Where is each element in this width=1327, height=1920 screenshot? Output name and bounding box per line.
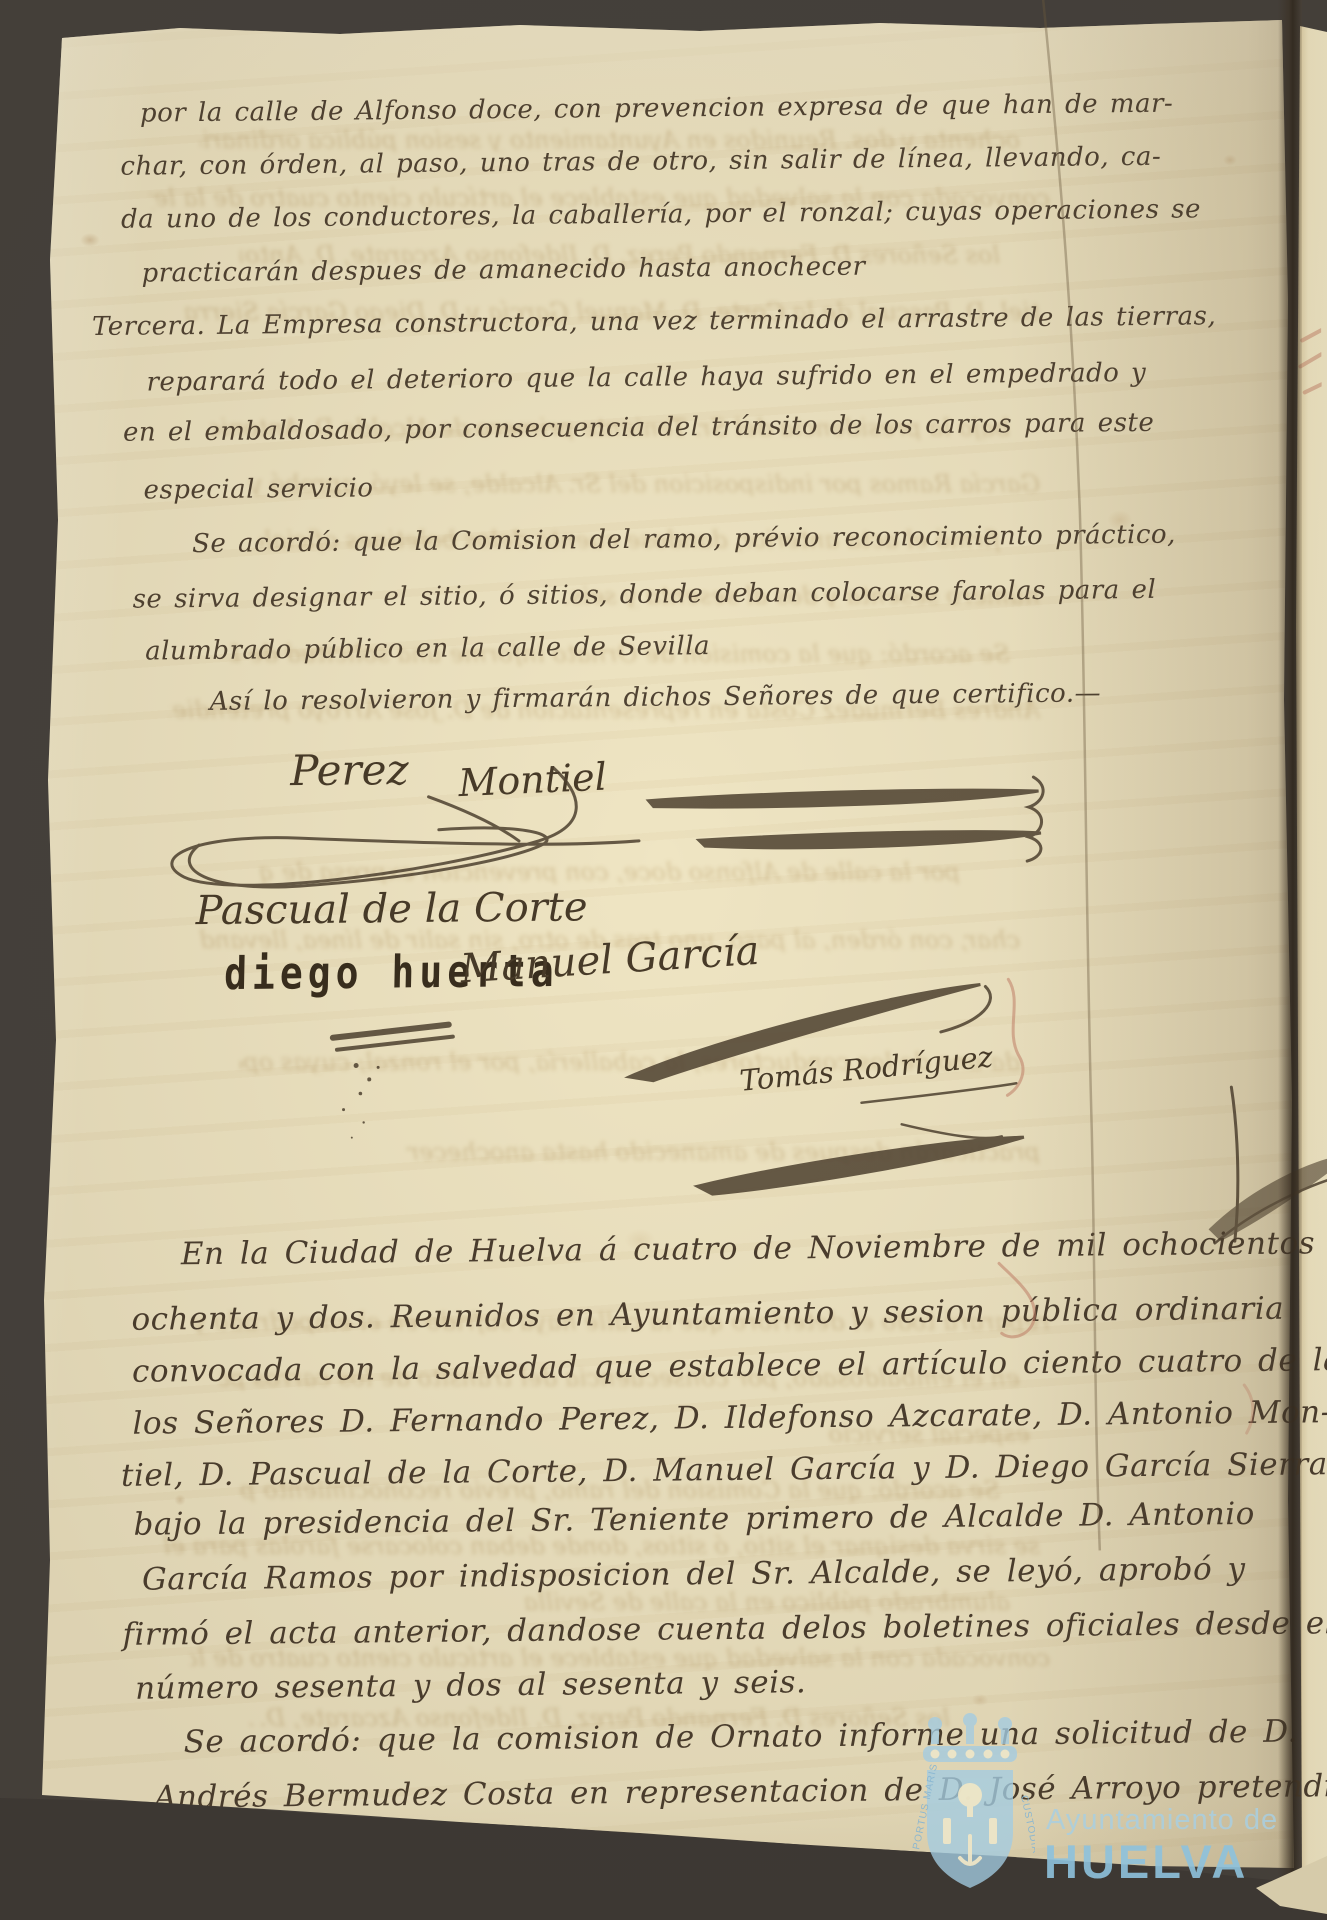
manuscript-line: en el embaldosado, por consecuencia del … xyxy=(123,409,1155,447)
manuscript-line: ochenta y dos. Reunidos en Ayuntamiento … xyxy=(131,1292,1284,1337)
manuscript-line: los Señores D. Fernando Perez, D. Ildefo… xyxy=(132,1395,1327,1441)
manuscript-line: convocada con la salvedad que establece … xyxy=(132,1342,1327,1388)
tomas-rodriguez-rubric xyxy=(861,1083,1016,1102)
red-pencil-mark xyxy=(1006,979,1023,1095)
manuscript-line: da uno de los conductores, la caballería… xyxy=(121,195,1201,234)
corner-flourish xyxy=(1231,1087,1238,1241)
manuscript-line: por la calle de Alfonso doce, con preven… xyxy=(140,90,1174,129)
manuscript-line: número sesenta y dos al sesenta y seis. xyxy=(135,1665,807,1706)
signature-montiel: Montiel xyxy=(458,758,608,803)
manuscript-line: Se acordó: que la Comision del ramo, pré… xyxy=(192,521,1176,559)
manuscript-line: Tercera. La Empresa constructora, una ve… xyxy=(92,302,1216,341)
manuscript-line: García Ramos por indisposicion del Sr. A… xyxy=(142,1552,1246,1597)
signature-manuel-garcia: Manuel García xyxy=(459,931,760,989)
signature-tomas-rodriguez: Tomás Rodríguez xyxy=(738,1042,994,1095)
montiel-rubric xyxy=(1026,777,1043,861)
handwritten-text-layer: por la calle de Alfonso doce, con preven… xyxy=(0,0,1327,1920)
manuscript-line: reparará todo el deterioro que la calle … xyxy=(146,359,1146,397)
manuscript-line: Andrés Bermudez Costa en representacion … xyxy=(154,1769,1327,1815)
perez-rubric xyxy=(189,827,547,887)
diego-underline xyxy=(333,1025,449,1038)
ink-spatter xyxy=(342,1063,381,1139)
manuscript-line: En la Ciudad de Huelva á cuatro de Novie… xyxy=(181,1226,1315,1271)
manuscript-line: firmó el acta anterior, dandose cuenta d… xyxy=(122,1606,1327,1652)
manuscript-line: alumbrado público en la calle de Sevilla xyxy=(145,632,710,666)
manuel-garcia-rubric xyxy=(940,986,990,1031)
diego-underline xyxy=(337,1037,453,1050)
manuscript-line: especial servicio xyxy=(143,474,373,505)
montiel-rubric xyxy=(699,831,1041,849)
manuscript-line: Así lo resolvieron y firmarán dichos Señ… xyxy=(209,679,1101,716)
signature-perez: Perez xyxy=(290,749,409,792)
manuscript-line: se sirva designar el sitio, ó sitios, do… xyxy=(133,576,1157,614)
red-pencil-mark xyxy=(1300,330,1322,392)
tomas-rodriguez-rubric xyxy=(697,1137,1025,1194)
signature-pascual-de-la-corte: Pascual de la Corte xyxy=(195,887,587,931)
manuscript-line: char, con órden, al paso, uno tras de ot… xyxy=(120,143,1161,182)
montiel-rubric xyxy=(649,789,1039,807)
manuscript-line: practicarán despues de amanecido hasta a… xyxy=(141,253,865,289)
manuscript-line: bajo la presidencia del Sr. Teniente pri… xyxy=(133,1497,1255,1542)
manuscript-line: Se acordó: que la comision de Ornato inf… xyxy=(183,1715,1298,1760)
manuscript-line: tiel, D. Pascual de la Corte, D. Manuel … xyxy=(121,1447,1327,1493)
book-gutter-shadow xyxy=(1278,0,1302,1920)
tomas-rodriguez-rubric xyxy=(902,1123,1002,1138)
scanned-document-view: ochenta y dos. Reunidos en Ayuntamiento … xyxy=(0,0,1327,1920)
